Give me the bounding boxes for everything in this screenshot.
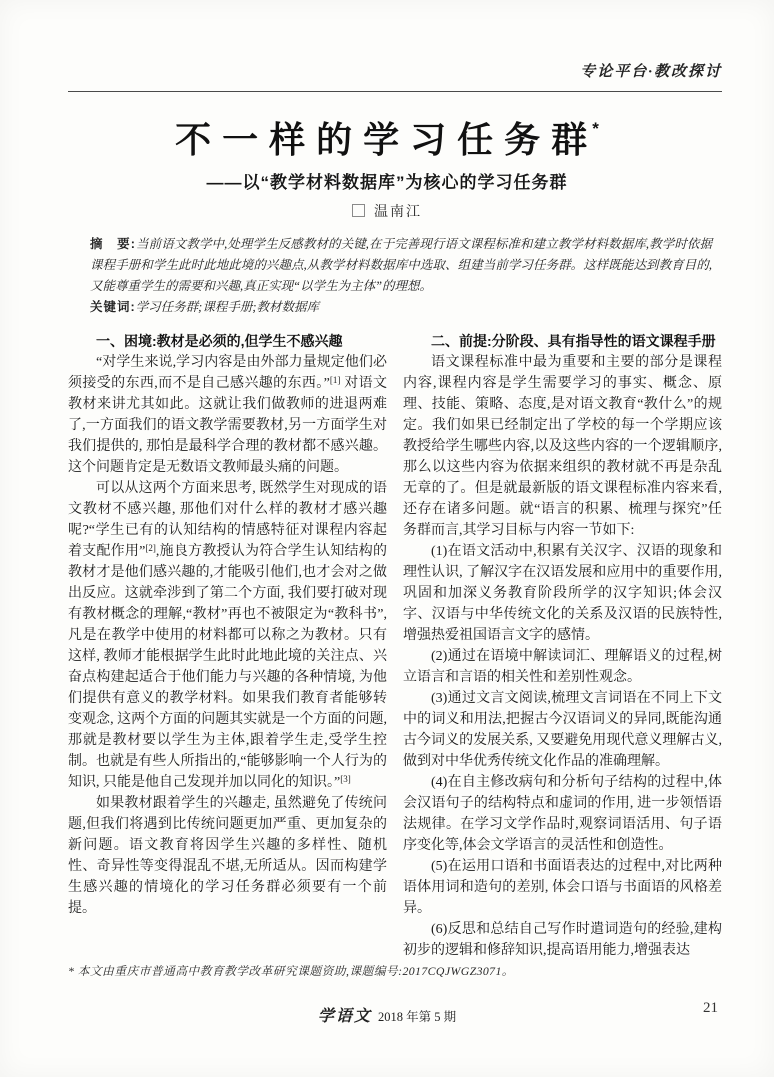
keywords-text: 学习任务群;课程手册;教材数据库 <box>136 300 319 314</box>
paragraph: (5)在运用口语和书面语表达的过程中,对比两种语体用词和造句的差别, 体会口语与… <box>403 856 722 919</box>
author-box-icon <box>352 204 365 217</box>
author-name: 温南江 <box>374 205 422 220</box>
article-subtitle: ——以“教学材料数据库”为核心的学习任务群 <box>0 168 774 193</box>
section-heading-2: 二、前提:分阶段、具有指导性的语文课程手册 <box>403 331 722 352</box>
article-title-row: 不一样的学习任务群* <box>0 112 774 163</box>
footer-issue: 2018 年第 5 期 <box>378 1010 456 1024</box>
author-line: 温南江 <box>0 201 774 221</box>
journal-logo: 学语文 <box>318 1008 372 1025</box>
paragraph: 可以从这两个方面来思考, 既然学生对现成的语文教材不感兴趣, 那他们对什么样的教… <box>68 478 387 793</box>
paragraph: (6)反思和总结自己写作时遣词造句的经验,建构初步的逻辑和修辞知识,提高语用能力… <box>403 919 722 961</box>
paragraph: (2)通过在语境中解读词汇、理解语义的过程,树立语言和言语的相关性和差别性观念。 <box>403 646 722 688</box>
keywords-line: 关键词:学习任务群;课程手册;教材数据库 <box>90 297 712 318</box>
right-column: 二、前提:分阶段、具有指导性的语文课程手册 语文课程标准中最为重要和主要的部分是… <box>403 331 722 961</box>
header-divider <box>68 91 722 92</box>
paragraph: “对学生来说,学习内容是由外部力量规定他们必须接受的东西,而不是自己感兴趣的东西… <box>68 352 387 478</box>
left-column: 一、困境:教材是必须的,但学生不感兴趣 “对学生来说,学习内容是由外部力量规定他… <box>68 331 387 961</box>
keywords-label: 关键词: <box>90 300 136 314</box>
article-title: 不一样的学习任务群 <box>175 119 598 160</box>
abstract-text: 当前语文教学中,处理学生反感教材的关键,在于完善现行语文课程标准和建立教学材料数… <box>90 237 712 293</box>
abstract-block: 摘 要:当前语文教学中,处理学生反感教材的关键,在于完善现行语文课程标准和建立教… <box>90 234 712 318</box>
paragraph: 语文课程标准中最为重要和主要的部分是课程内容,课程内容是学生需要学习的事实、概念… <box>403 352 722 541</box>
paragraph: (1)在语文活动中,积累有关汉字、汉语的现象和理性认识, 了解汉字在汉语发展和应… <box>403 541 722 646</box>
footer-journal-line: 学语文2018 年第 5 期 <box>0 1003 774 1026</box>
paragraph: (3)通过文言文阅读,梳理文言词语在不同上下文中的词义和用法,把握古今汉语词义的… <box>403 688 722 772</box>
journal-page: 专论平台·教改探讨 不一样的学习任务群* ——以“教学材料数据库”为核心的学习任… <box>0 0 774 1077</box>
title-footnote-asterisk: * <box>592 119 599 138</box>
section-heading-1: 一、困境:教材是必须的,但学生不感兴趣 <box>68 331 387 352</box>
article-body: 一、困境:教材是必须的,但学生不感兴趣 “对学生来说,学习内容是由外部力量规定他… <box>68 331 722 961</box>
page-number: 21 <box>703 1000 718 1017</box>
header-section-label: 专论平台·教改探讨 <box>580 60 722 81</box>
paragraph: 如果教材跟着学生的兴趣走, 虽然避免了传统问题,但我们将遇到比传统问题更加严重、… <box>68 793 387 919</box>
abstract-label: 摘 要: <box>90 237 136 251</box>
paragraph: (4)在自主修改病句和分析句子结构的过程中,体会汉语句子的结构特点和虚词的作用,… <box>403 772 722 856</box>
funding-footnote: * 本文由重庆市普通高中教育教学改革研究课题资助,课题编号:2017CQJWGZ… <box>68 962 722 979</box>
abstract-paragraph: 摘 要:当前语文教学中,处理学生反感教材的关键,在于完善现行语文课程标准和建立教… <box>90 234 712 297</box>
